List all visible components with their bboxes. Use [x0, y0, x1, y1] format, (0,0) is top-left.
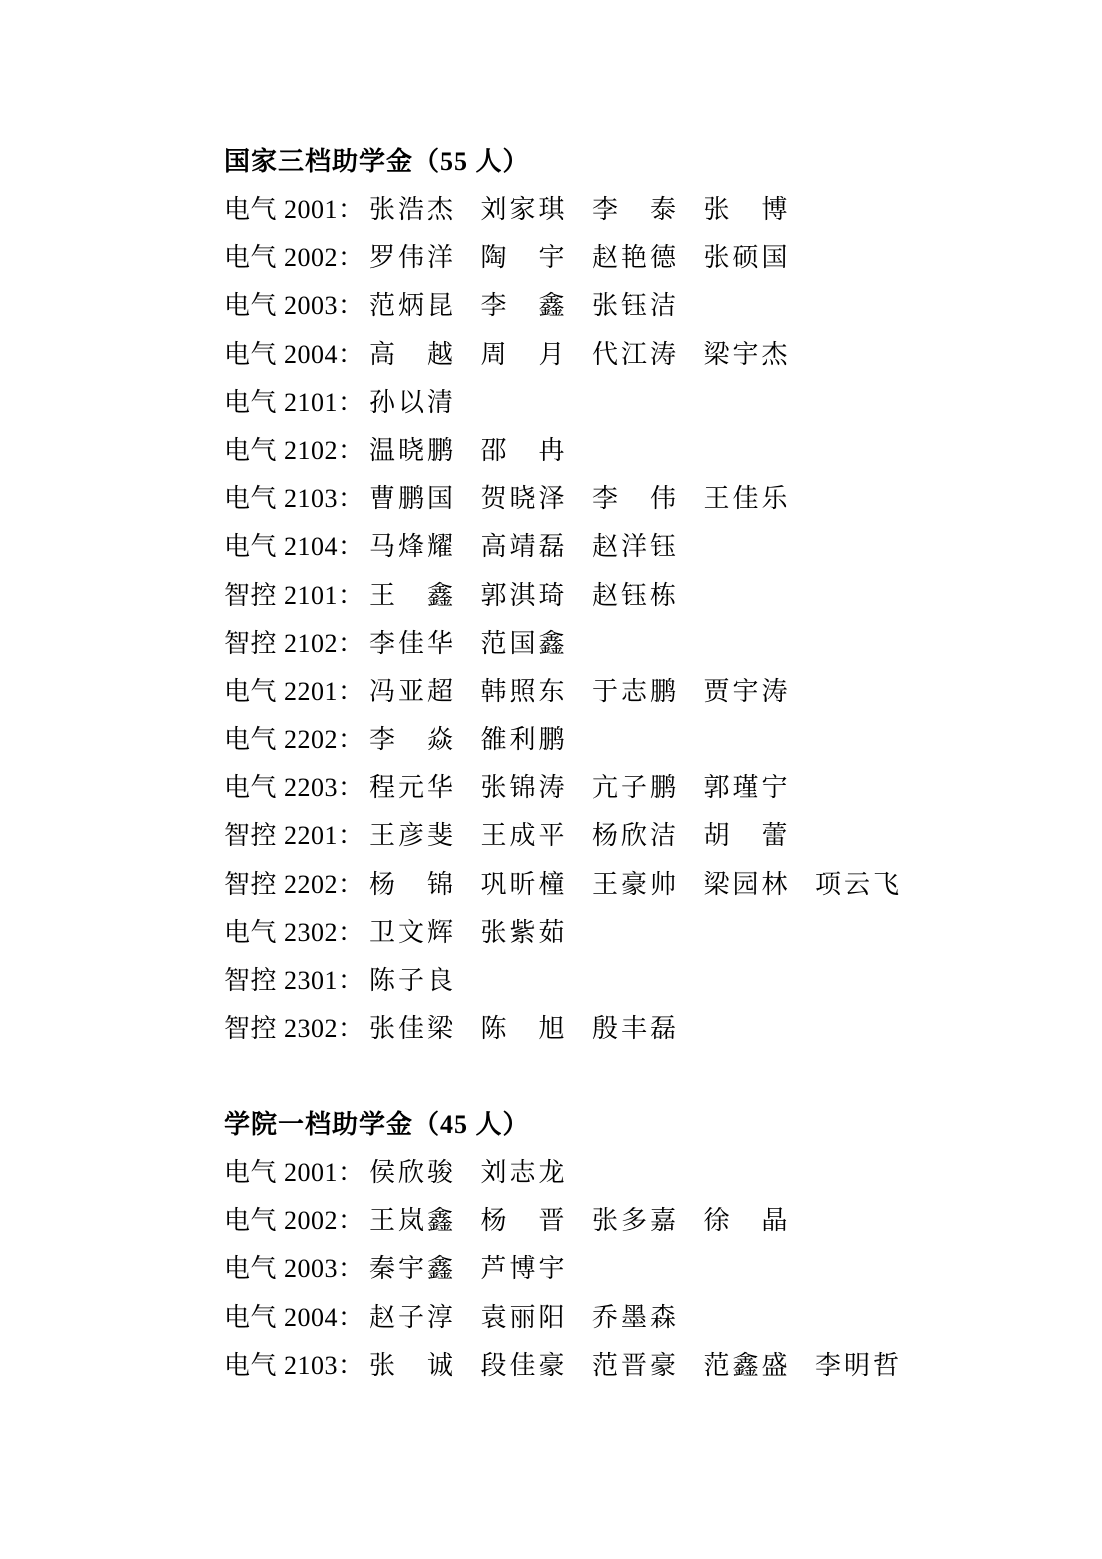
student-name: 郭瑾宁 [704, 764, 816, 812]
class-label: 智控 2102： [224, 620, 369, 668]
student-name: 郭淇琦 [481, 572, 593, 620]
student-name: 巩昕橦 [481, 861, 593, 909]
class-label: 电气 2004： [224, 1294, 369, 1342]
class-label: 电气 2001： [224, 1149, 369, 1197]
class-row: 电气 2003：秦宇鑫芦博宇 [224, 1245, 984, 1293]
student-name: 侯欣骏 [369, 1149, 481, 1197]
student-name: 刘志龙 [481, 1149, 593, 1197]
student-name: 张硕国 [704, 234, 816, 282]
class-row: 电气 2004：高 越周 月代江涛梁宇杰 [224, 331, 984, 379]
student-name: 芦博宇 [481, 1245, 593, 1293]
student-name: 范鑫盛 [704, 1342, 816, 1390]
student-name: 韩照东 [481, 668, 593, 716]
student-name: 王 鑫 [369, 572, 481, 620]
class-label: 电气 2201： [224, 668, 369, 716]
student-name: 张钰洁 [592, 282, 704, 330]
student-name: 赵艳德 [592, 234, 704, 282]
class-label: 电气 2203： [224, 764, 369, 812]
class-label: 智控 2302： [224, 1005, 369, 1053]
student-name: 张佳梁 [369, 1005, 481, 1053]
class-label: 电气 2104： [224, 523, 369, 571]
student-name: 胡 蕾 [704, 812, 816, 860]
student-name: 曹鹏国 [369, 475, 481, 523]
student-name: 李 焱 [369, 716, 481, 764]
student-name: 王彦斐 [369, 812, 481, 860]
class-label: 电气 2302： [224, 909, 369, 957]
student-name: 李 泰 [592, 186, 704, 234]
student-name: 杨欣洁 [592, 812, 704, 860]
student-name: 温晓鹏 [369, 427, 481, 475]
student-name: 雒利鹏 [481, 716, 593, 764]
class-row: 电气 2302：卫文辉张紫茹 [224, 909, 984, 957]
class-label: 智控 2301： [224, 957, 369, 1005]
student-name: 赵钰栋 [592, 572, 704, 620]
student-name: 冯亚超 [369, 668, 481, 716]
section-title: 国家三档助学金（55 人） [224, 138, 984, 186]
class-row: 电气 2103：曹鹏国贺晓泽李 伟王佳乐 [224, 475, 984, 523]
class-label: 电气 2002： [224, 234, 369, 282]
student-name: 李佳华 [369, 620, 481, 668]
student-name: 殷丰磊 [592, 1005, 704, 1053]
student-name: 袁丽阳 [481, 1294, 593, 1342]
class-label: 电气 2103： [224, 475, 369, 523]
student-name: 孙以清 [369, 379, 481, 427]
student-name: 张浩杰 [369, 186, 481, 234]
class-row: 电气 2001：侯欣骏刘志龙 [224, 1149, 984, 1197]
student-name: 贺晓泽 [481, 475, 593, 523]
student-name: 周 月 [481, 331, 593, 379]
student-name: 王岚鑫 [369, 1197, 481, 1245]
student-name: 段佳豪 [481, 1342, 593, 1390]
student-name: 张 诚 [369, 1342, 481, 1390]
student-name: 杨 晋 [481, 1197, 593, 1245]
class-row: 电气 2101：孙以清 [224, 379, 984, 427]
student-name: 范晋豪 [592, 1342, 704, 1390]
class-label: 电气 2202： [224, 716, 369, 764]
student-name: 高 越 [369, 331, 481, 379]
class-row: 智控 2301：陈子良 [224, 957, 984, 1005]
student-name: 范炳昆 [369, 282, 481, 330]
class-label: 电气 2001： [224, 186, 369, 234]
student-name: 卫文辉 [369, 909, 481, 957]
class-row: 电气 2102：温晓鹏邵 冉 [224, 427, 984, 475]
class-list: 电气 2001：侯欣骏刘志龙电气 2002：王岚鑫杨 晋张多嘉徐 晶电气 200… [224, 1149, 984, 1390]
student-name: 马烽耀 [369, 523, 481, 571]
class-row: 智控 2201：王彦斐王成平杨欣洁胡 蕾 [224, 812, 984, 860]
student-name: 项云飞 [815, 861, 927, 909]
section-college-grant-tier1: 学院一档助学金（45 人） 电气 2001：侯欣骏刘志龙电气 2002：王岚鑫杨… [224, 1101, 984, 1390]
student-name: 邵 冉 [481, 427, 593, 475]
student-name: 张锦涛 [481, 764, 593, 812]
student-name: 刘家琪 [481, 186, 593, 234]
class-label: 智控 2101： [224, 572, 369, 620]
class-row: 电气 2201：冯亚超韩照东于志鹏贾宇涛 [224, 668, 984, 716]
class-row: 电气 2003：范炳昆李 鑫张钰洁 [224, 282, 984, 330]
student-name: 于志鹏 [592, 668, 704, 716]
student-name: 王成平 [481, 812, 593, 860]
student-name: 亢子鹏 [592, 764, 704, 812]
student-name: 张紫茹 [481, 909, 593, 957]
student-name: 赵子淳 [369, 1294, 481, 1342]
class-row: 电气 2104：马烽耀高靖磊赵洋钰 [224, 523, 984, 571]
student-name: 李 伟 [592, 475, 704, 523]
class-row: 智控 2102：李佳华范国鑫 [224, 620, 984, 668]
student-name: 梁园林 [704, 861, 816, 909]
student-name: 秦宇鑫 [369, 1245, 481, 1293]
student-name: 王佳乐 [704, 475, 816, 523]
class-label: 电气 2004： [224, 331, 369, 379]
class-row: 电气 2103：张 诚段佳豪范晋豪范鑫盛李明哲 [224, 1342, 984, 1390]
class-row: 电气 2002：王岚鑫杨 晋张多嘉徐 晶 [224, 1197, 984, 1245]
student-name: 赵洋钰 [592, 523, 704, 571]
student-name: 王豪帅 [592, 861, 704, 909]
student-name: 徐 晶 [704, 1197, 816, 1245]
student-name: 范国鑫 [481, 620, 593, 668]
class-row: 智控 2101：王 鑫郭淇琦赵钰栋 [224, 572, 984, 620]
student-name: 张多嘉 [592, 1197, 704, 1245]
student-name: 李明哲 [815, 1342, 927, 1390]
class-row: 电气 2001：张浩杰刘家琪李 泰张 博 [224, 186, 984, 234]
section-national-grant-tier3: 国家三档助学金（55 人） 电气 2001：张浩杰刘家琪李 泰张 博电气 200… [224, 138, 984, 1053]
student-name: 乔墨森 [592, 1294, 704, 1342]
class-label: 电气 2002： [224, 1197, 369, 1245]
student-name: 罗伟洋 [369, 234, 481, 282]
student-name: 陈子良 [369, 957, 481, 1005]
student-name: 杨 锦 [369, 861, 481, 909]
class-row: 电气 2203：程元华张锦涛亢子鹏郭瑾宁 [224, 764, 984, 812]
class-label: 电气 2003： [224, 1245, 369, 1293]
class-label: 电气 2101： [224, 379, 369, 427]
class-row: 智控 2302：张佳梁陈 旭殷丰磊 [224, 1005, 984, 1053]
class-list: 电气 2001：张浩杰刘家琪李 泰张 博电气 2002：罗伟洋陶 宇赵艳德张硕国… [224, 186, 984, 1053]
student-name: 张 博 [704, 186, 816, 234]
student-name: 贾宇涛 [704, 668, 816, 716]
student-name: 高靖磊 [481, 523, 593, 571]
class-row: 电气 2202：李 焱雒利鹏 [224, 716, 984, 764]
student-name: 代江涛 [592, 331, 704, 379]
class-row: 电气 2004：赵子淳袁丽阳乔墨森 [224, 1294, 984, 1342]
class-label: 电气 2103： [224, 1342, 369, 1390]
student-name: 梁宇杰 [704, 331, 816, 379]
student-name: 李 鑫 [481, 282, 593, 330]
class-row: 智控 2202：杨 锦巩昕橦王豪帅梁园林项云飞 [224, 861, 984, 909]
student-name: 陶 宇 [481, 234, 593, 282]
class-label: 电气 2003： [224, 282, 369, 330]
class-label: 智控 2201： [224, 812, 369, 860]
section-title: 学院一档助学金（45 人） [224, 1101, 984, 1149]
class-row: 电气 2002：罗伟洋陶 宇赵艳德张硕国 [224, 234, 984, 282]
student-name: 程元华 [369, 764, 481, 812]
class-label: 电气 2102： [224, 427, 369, 475]
class-label: 智控 2202： [224, 861, 369, 909]
student-name: 陈 旭 [481, 1005, 593, 1053]
